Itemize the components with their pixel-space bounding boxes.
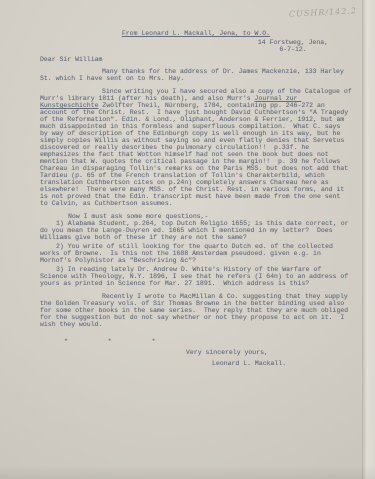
- paragraph-macmillan: Recently I wrote to MacMillan & Co. sugg…: [40, 293, 352, 328]
- questions-intro: Now I must ask some more questions,-: [40, 213, 352, 220]
- letter-date: 6-7-12.: [238, 46, 348, 53]
- question-3: 3) In reading lately Dr. Andrew D. White…: [40, 266, 352, 287]
- paragraph-text: Since writing you I have secured also a …: [40, 88, 356, 102]
- scanned-letter: CUSHR/142.2 From Leonard L. Mackall, Jen…: [0, 0, 375, 479]
- scan-shadow: [0, 465, 375, 479]
- page-edge: [362, 0, 375, 479]
- asterisk-divider: * * *: [64, 338, 352, 345]
- letter-body: From Leonard L. Mackall, Jena, to W.O. 1…: [40, 30, 352, 367]
- archival-annotation: CUSHR/142.2: [289, 6, 357, 19]
- sender-address: 14 Forstweg, Jena,: [238, 39, 348, 46]
- paragraph-thanks: Many thanks for the address of Dr. James…: [40, 68, 352, 82]
- letter-heading: From Leonard L. Mackall, Jena, to W.O.: [40, 30, 352, 37]
- signature: Leonard L. Mackall.: [212, 360, 352, 367]
- question-1: 1) Alabama Student, p.264, top Dutch Rel…: [40, 220, 352, 241]
- paragraph-text: Zwölfter Theil, Nürnberg, 1784, containi…: [40, 102, 352, 207]
- paragraph-murr-cuthbertson: Since writing you I have secured also a …: [40, 88, 352, 207]
- salutation: Dear Sir William: [40, 56, 352, 63]
- question-2: 2) You write of still looking for the qu…: [40, 243, 352, 264]
- closing-line: Very sincerely yours,: [186, 349, 352, 356]
- address-date-block: 14 Forstweg, Jena, 6-7-12.: [238, 39, 348, 53]
